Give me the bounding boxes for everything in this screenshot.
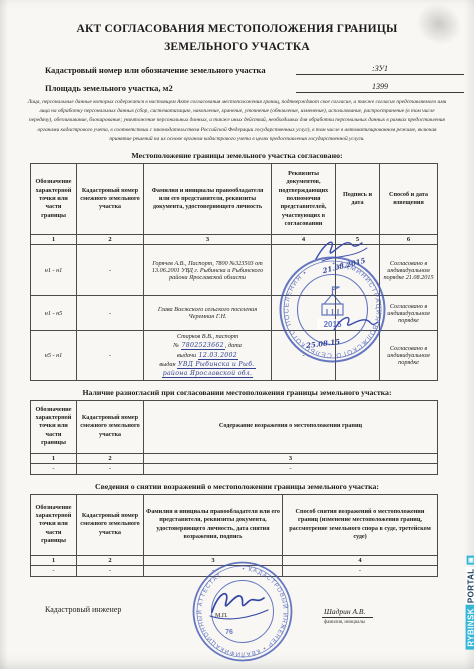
- col-number: 1: [31, 235, 77, 245]
- empty-cell: -: [144, 463, 438, 474]
- engineer-stamp-region-code: 76: [225, 629, 233, 636]
- point-cell: н5 - н1: [31, 331, 77, 380]
- watermark-logo-square: ▣: [467, 555, 474, 564]
- administration-round-stamp: • АДМИНИСТРАЦИЯ ВОЛЖСКОГО СЕЛЬСКОГО ПОСЕ…: [276, 253, 389, 366]
- section1-heading: Местоположение границы земельного участк…: [0, 151, 474, 160]
- removal-col-adjacent: Кадастровый номер смежного земельного уч…: [77, 494, 144, 555]
- agreement-table-number-row: 1 2 3 4 5 6: [31, 235, 438, 245]
- empty-cell: -: [283, 565, 438, 576]
- empty-cell: -: [77, 565, 144, 576]
- engineer-name-caption: фамилия, инициалы: [322, 620, 373, 625]
- agreement-col-adjacent: Кадастровый номер смежного земельного уч…: [77, 164, 144, 235]
- scanned-document-page: АКТ СОГЛАСОВАНИЯ МЕСТОПОЛОЖЕНИЯ ГРАНИЦЫ …: [0, 0, 474, 669]
- personal-data-consent-paragraph: Лица, персональные данные которых содерж…: [27, 98, 447, 144]
- typed-text: , дата: [225, 342, 242, 349]
- owner-cell: Горячев А.В., Паспорт, 7800 №323503 от 1…: [144, 245, 272, 296]
- agreement-table-header-row: Обозначение характерной точки или части …: [31, 164, 438, 235]
- watermark-rybinsk: RYBINSK: [466, 605, 474, 650]
- typed-text: выдачи: [177, 352, 196, 359]
- cadastral-number-label: Кадастровый номер или обозначение земель…: [45, 65, 296, 75]
- watermark-portal: PORTAL: [466, 566, 474, 605]
- objections-table-number-row: 1 2 3: [31, 453, 438, 463]
- document-title: АКТ СОГЛАСОВАНИЯ МЕСТОПОЛОЖЕНИЯ ГРАНИЦЫ …: [0, 0, 474, 57]
- col-number: 2: [77, 453, 144, 463]
- agreement-col-notice: Способ и дата извещения: [380, 164, 438, 235]
- table-row: - - -: [31, 463, 438, 474]
- signature-row3: [330, 312, 382, 338]
- point-cell: н1 - н5: [31, 296, 77, 331]
- removal-col-method: Способ снятия возражений о местоположени…: [283, 494, 438, 555]
- col-number: 3: [144, 453, 438, 463]
- cadastral-number-field: Кадастровый номер или обозначение земель…: [45, 64, 464, 75]
- col-number: 1: [31, 555, 77, 565]
- handwritten-issuer-region: района Ярославской обл.: [162, 370, 254, 378]
- agreement-col-owner: Фамилия и инициалы правообладателя или е…: [144, 164, 272, 235]
- objections-table-header-row: Обозначение характерной точки или части …: [31, 400, 438, 453]
- owner-mixed-line: выдачи 12.03.2002: [146, 351, 269, 360]
- engineer-name-block: Шадрин А.В. фамилия, инициалы: [322, 601, 373, 625]
- cadastral-engineer-label: Кадастровый инженер: [45, 605, 121, 614]
- col-number: 1: [31, 453, 77, 463]
- objections-table: Обозначение характерной точки или части …: [30, 400, 438, 475]
- engineer-signature: [200, 582, 280, 622]
- col-number: 4: [283, 555, 438, 565]
- empty-cell: -: [31, 463, 77, 474]
- document-title-line2: ЗЕМЕЛЬНОГО УЧАСТКА: [0, 39, 474, 57]
- agreement-col-point: Обозначение характерной точки или части …: [31, 164, 77, 235]
- agreement-col-signature: Подпись и дата: [336, 164, 380, 235]
- adjacent-cell: -: [77, 296, 144, 331]
- owner-mixed-line: № 7802523662, дата: [146, 341, 269, 350]
- owner-cell: Глава Волжского сельского поселения Чере…: [144, 296, 272, 331]
- removal-col-owner: Фамилия и инициалы правообладателя или е…: [144, 494, 283, 555]
- handwritten-issuer: УВД Рыбинска и Рыб.: [177, 361, 255, 369]
- area-field: Площадь земельного участка, м2 1399: [45, 82, 464, 93]
- removal-table-header-row: Обозначение характерной точки или части …: [31, 494, 438, 555]
- col-number: 2: [77, 555, 144, 565]
- owner-mixed-line: района Ярославской обл.: [146, 369, 269, 378]
- point-cell: н1 - н1: [31, 245, 77, 296]
- handwritten-issue-date: 12.03.2002: [198, 352, 238, 360]
- adjacent-cell: -: [77, 245, 144, 296]
- rybinsk-portal-watermark: RYBINSK PORTAL ▣: [466, 555, 474, 649]
- empty-cell: -: [77, 463, 144, 474]
- admin-stamp-emblem: [322, 287, 343, 315]
- objections-col-adjacent: Кадастровый номер смежного земельного уч…: [77, 400, 144, 453]
- area-value: 1399: [296, 82, 464, 93]
- document-title-line1: АКТ СОГЛАСОВАНИЯ МЕСТОПОЛОЖЕНИЯ ГРАНИЦЫ: [0, 21, 474, 39]
- handwritten-passport-number: 7802523662: [181, 342, 225, 350]
- typed-text: выдан: [159, 361, 175, 368]
- typed-text: №: [173, 342, 179, 349]
- owner-cell: Старков В.В., паспорт № 7802523662, дата…: [144, 331, 272, 380]
- objections-col-content: Содержание возражения о местоположении г…: [144, 400, 438, 453]
- removal-col-point: Обозначение характерной точки или части …: [31, 494, 77, 555]
- section2-heading: Наличие разногласий при согласовании мес…: [0, 388, 474, 397]
- col-number: 6: [380, 235, 438, 245]
- objections-col-point: Обозначение характерной точки или части …: [31, 400, 77, 453]
- section3-heading: Сведения о снятии возражений о местополо…: [0, 482, 474, 491]
- cadastral-number-value: :ЗУ1: [296, 64, 464, 75]
- col-number: 2: [77, 235, 144, 245]
- col-number: 3: [144, 235, 272, 245]
- owner-mixed-line: выдан УВД Рыбинска и Рыб.: [146, 360, 269, 369]
- adjacent-cell: -: [77, 331, 144, 380]
- empty-cell: -: [31, 565, 77, 576]
- owner-typed-line: Старков В.В., паспорт: [146, 332, 269, 341]
- agreement-col-docs: Реквизиты документов, подтверждающих пол…: [272, 164, 336, 235]
- engineer-name: Шадрин А.В.: [322, 607, 373, 618]
- area-label: Площадь земельного участка, м2: [45, 83, 296, 93]
